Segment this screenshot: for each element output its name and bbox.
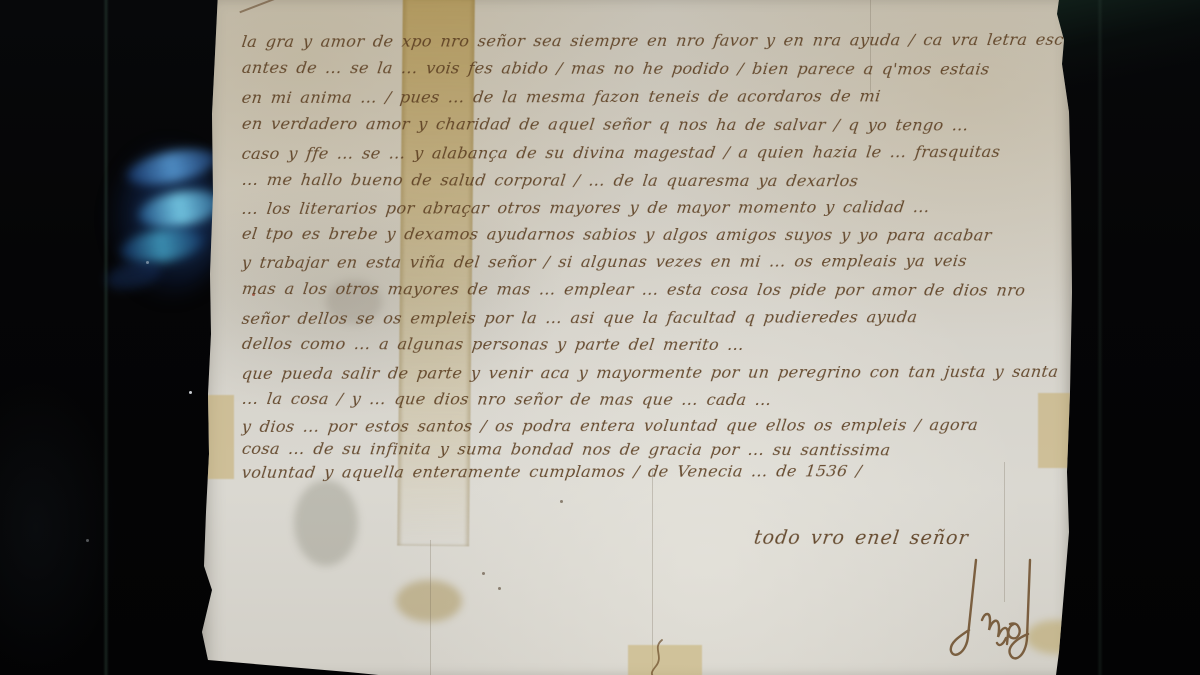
handwritten-line: voluntad y aquella enteramente cumplamos… — [241, 460, 984, 483]
yellow-stain — [396, 580, 462, 622]
s-flourish-mark — [646, 638, 670, 675]
handwritten-line: el tpo es brebe y dexamos ayudarnos sabi… — [241, 223, 1105, 246]
signature-flourish — [942, 558, 1042, 668]
handwritten-line: dellos como ... a algunas personas y par… — [241, 333, 1105, 356]
handwritten-line: la gra y amor de xpo nro señor sea siemp… — [241, 29, 1106, 52]
handwritten-line: caso y ffe ... se ... y alabança de su d… — [241, 141, 1106, 164]
handwritten-line: cosa ... de su infinita y suma bondad no… — [241, 438, 1105, 461]
handwritten-line: mas a los otros mayores de mas ... emple… — [241, 278, 1105, 301]
handwritten-line: en mi anima ... / pues ... de la mesma f… — [241, 85, 1106, 108]
pen-stroke-mark — [239, 0, 288, 13]
handwritten-line: ... la cosa / y ... que dios nro señor d… — [241, 388, 1105, 411]
handwritten-line: y dios ... por estos santos / os podra e… — [241, 414, 1106, 437]
tape-strip-left-edge — [203, 395, 234, 479]
dust-speck — [189, 391, 192, 394]
glass-seam-right — [1097, 0, 1103, 675]
corner-haze — [0, 380, 120, 675]
ink-fleck — [482, 572, 485, 575]
manuscript-paper: la gra y amor de xpo nro señor sea siemp… — [198, 0, 1074, 675]
fold-crease — [430, 540, 431, 675]
dust-speck — [86, 539, 89, 542]
handwritten-line: y trabajar en esta viña del señor / si a… — [241, 250, 1106, 273]
handwritten-line: que pueda salir de parte y venir aca y m… — [241, 361, 1106, 384]
handwritten-line: antes de ... se la ... vois fes abido / … — [241, 57, 1105, 80]
edge-stain — [294, 480, 358, 566]
display-case-photo: la gra y amor de xpo nro señor sea siemp… — [0, 0, 1200, 675]
handwritten-line: ... me hallo bueno de salud corporal / .… — [241, 169, 1105, 192]
ink-fleck — [560, 500, 563, 503]
handwritten-line: señor dellos se os empleis por la ... as… — [241, 306, 1106, 329]
closing-salutation: todo vro enel señor — [753, 528, 1016, 550]
dust-speck — [146, 261, 149, 264]
ink-fleck — [498, 587, 501, 590]
handwritten-line: en verdadero amor y charidad de aquel se… — [241, 113, 1105, 136]
handwritten-line: ... los literarios por abraçar otros may… — [241, 196, 1106, 219]
